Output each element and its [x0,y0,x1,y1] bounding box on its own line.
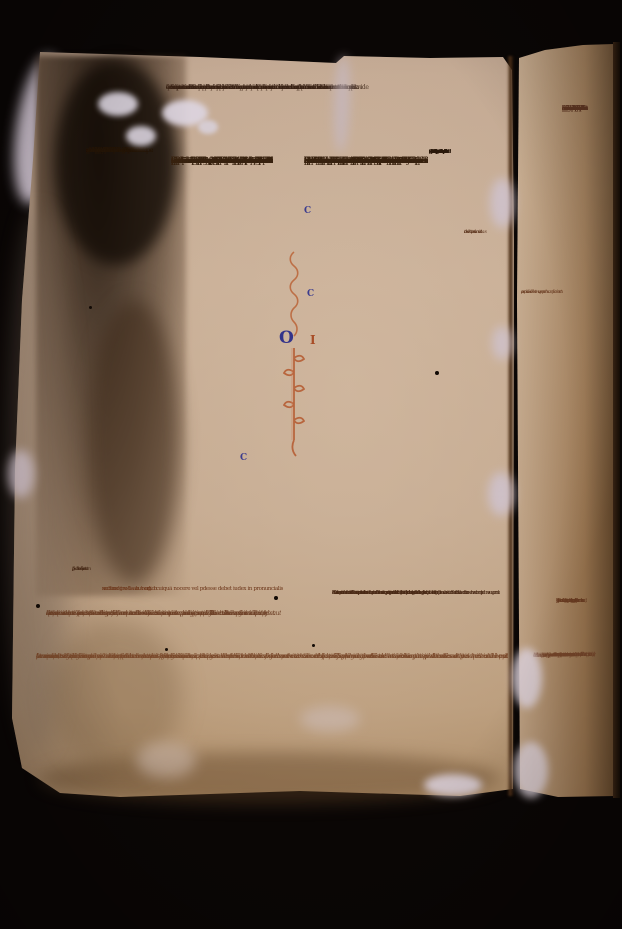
sliver-pale-patch [512,648,542,708]
right-folio-side-note: pro illo q pnunciatscilicet verba formea… [521,289,563,311]
blue-paraph-3: C [240,453,247,463]
blue-paraph-2: C [307,289,314,299]
main-text-right-column: ipse a nobis. et hoc utiq sacrãtum nemo … [304,156,428,574]
left-gloss-column: qd ã it p hoc qd dr ibinota qd trinitas … [86,147,174,597]
ink-speck-4 [165,648,168,651]
left-small-note: g lcõep baptmfideliushabent [72,566,104,592]
gutter-patch-1 [490,178,514,228]
white-patch-4 [198,120,218,134]
gutter-patch-3 [488,472,514,516]
sliver-pale-patch-2 [514,742,548,798]
ink-speck-1 [36,604,40,608]
white-patch-1 [98,92,138,116]
lower-annotation-block: Jn omib; casibz sup dcis nota qd hec dca… [36,653,508,708]
center-gloss-column: nota qdsacrm altde cõ diq dr ibifirmit d… [429,149,471,604]
bottom-pale-patch-3 [136,742,196,778]
gutter-patch-2 [492,326,512,360]
bottom-pale-patch-2 [424,774,482,796]
manuscript-photo: firmit credim qd una e fideliu univsalis… [0,0,622,929]
right-folio-column: ului prbnõ possitms q etiexcõicatiudiciũ… [562,104,617,596]
ink-speck-5 [435,371,439,375]
main-text-left-column: scõs ipsius aliosq famulossuos iuxta ord… [171,156,273,574]
ink-speck-3 [312,644,315,647]
white-patch-2 [126,126,156,146]
bottom-pale-patch-1 [300,706,360,732]
blue-paraph-1: C [304,206,311,216]
left-edge-patch [8,450,34,498]
right-folio-bottom-note: Hmo ad co z no adaliud p cosecracoeul co… [533,651,621,756]
bottom-gloss-left: nullius gratia aut odio cuiquã nocere ve… [102,586,360,604]
ink-speck-2 [274,596,278,600]
upper-annotation-block: Et sic sunt sep duo boni duoq sci ordina… [46,610,302,654]
top-gloss-block: firmit credim qd una e fideliu univsalis… [166,84,468,152]
ink-speck-6 [89,306,92,309]
rubric-initial-i: I [310,333,315,347]
right-margin-note: ad psonastrium utde trinitnotat. [464,229,500,256]
blue-chapter-initial: O [279,328,293,348]
right-folio-fragments: -b Et aplr u-l duplex m-m por lene,Tu q … [556,598,616,650]
bottom-gloss-right: Secundus psbr vbi baptizat paruulos cũ a… [332,590,514,642]
red-penwork-flourish [283,248,305,460]
